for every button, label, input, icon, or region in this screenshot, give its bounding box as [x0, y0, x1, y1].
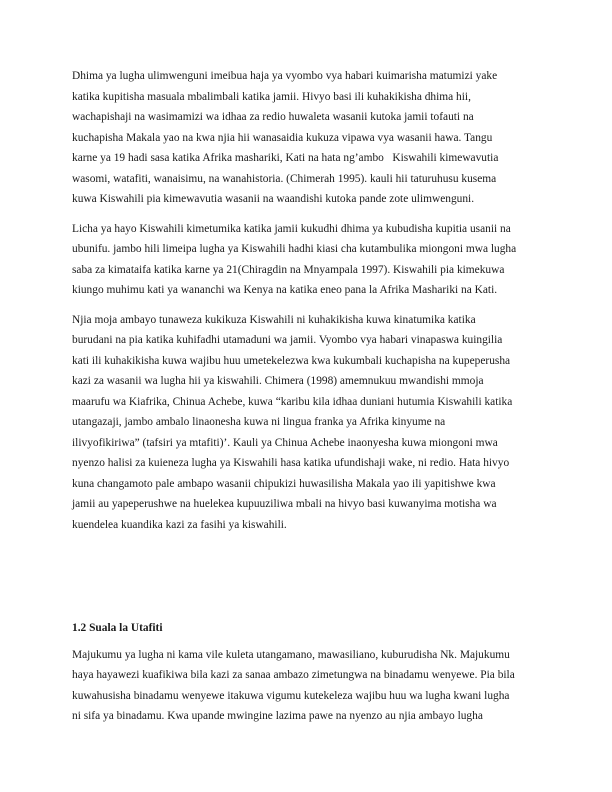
text-line: nyenzo halisi za kuieneza lugha ya Kiswa… [72, 453, 542, 474]
text-line: kuchapisha Makala yao na kwa njia hii wa… [72, 128, 542, 149]
paragraph-1: Dhima ya lugha ulimwenguni imeibua haja … [72, 66, 542, 210]
text-line: Dhima ya lugha ulimwenguni imeibua haja … [72, 66, 542, 87]
blank-space [72, 544, 542, 618]
paragraph-2: Licha ya hayo Kiswahili kimetumika katik… [72, 219, 542, 301]
text-line: kuendelea kuandika kazi za fasihi ya kis… [72, 515, 542, 536]
text-line: Licha ya hayo Kiswahili kimetumika katik… [72, 219, 542, 240]
text-line: kazi za wasanii wa lugha hii ya kiswahil… [72, 371, 542, 392]
text-line: jamii au yapeperushwe na huelekea kupuuz… [72, 494, 542, 515]
text-line: kuwa Kiswahili pia kimewavutia wasanii n… [72, 189, 542, 210]
text-line: ni sifa ya binadamu. Kwa upande mwingine… [72, 706, 542, 727]
text-line: katika kupitisha masuala mbalimbali kati… [72, 87, 542, 108]
text-line: Njia moja ambayo tunaweza kukikuza Kiswa… [72, 310, 542, 331]
text-line: kuwahusisha binadamu wenyewe itakuwa vig… [72, 686, 542, 707]
section-paragraph: Majukumu ya lugha ni kama vile kuleta ut… [72, 645, 542, 727]
text-line: kati ili kuhakikisha kuwa wajibu huu ume… [72, 351, 542, 372]
text-line: karne ya 19 hadi sasa katika Afrika mash… [72, 148, 542, 169]
section-heading: 1.2 Suala la Utafiti [72, 618, 542, 639]
paragraph-3: Njia moja ambayo tunaweza kukikuza Kiswa… [72, 310, 542, 536]
text-line: ilivyofikiriwa” (tafsiri ya mtafiti)’. K… [72, 433, 542, 454]
text-line: kiungo muhimu kati ya wananchi wa Kenya … [72, 280, 542, 301]
text-line: wasomi, watafiti, wanaisimu, na wanahist… [72, 169, 542, 190]
text-line: wachapishaji na wasimamizi wa idhaa za r… [72, 107, 542, 128]
text-line: haya hayawezi kuafikiwa bila kazi za san… [72, 665, 542, 686]
text-line: kuna changamoto pale ambapo wasanii chip… [72, 474, 542, 495]
document-page: Dhima ya lugha ulimwenguni imeibua haja … [72, 66, 542, 736]
text-line: maarufu wa Kiafrika, Chinua Achebe, kuwa… [72, 392, 542, 413]
text-line: burudani na pia katika kuhifadhi utamadu… [72, 330, 542, 351]
text-line: ubunifu. jambo hili limeipa lugha ya Kis… [72, 239, 542, 260]
text-line: Majukumu ya lugha ni kama vile kuleta ut… [72, 645, 542, 666]
text-line: saba za kimataifa katika karne ya 21(Chi… [72, 260, 542, 281]
text-line: utangazaji, jambo ambalo linaonesha kuwa… [72, 412, 542, 433]
